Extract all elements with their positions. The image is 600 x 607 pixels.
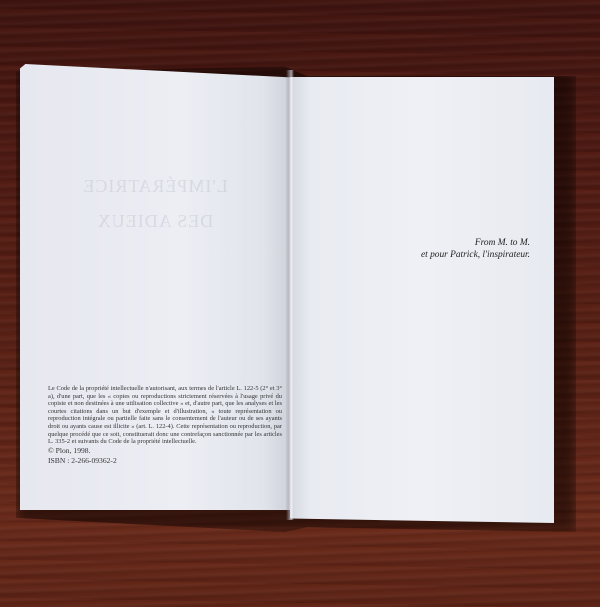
dedication-line-1: From M. to M. <box>421 237 530 249</box>
wooden-table-scene: L'IMPÉRATRICE DES ADIEUX Le Code de la p… <box>0 0 600 607</box>
bleed-through-title-line-2: DES ADIEUX <box>20 211 290 232</box>
isbn-line: ISBN : 2-266-09362-2 <box>48 456 117 466</box>
right-page: From M. to M. et pour Patrick, l'inspira… <box>290 77 554 523</box>
copyright-notice: Le Code de la propriété intellectuelle n… <box>48 385 282 446</box>
bleed-through-title-line-1: L'IMPÉRATRICE <box>20 176 290 197</box>
imprint: © Plon, 1998. ISBN : 2-266-09362-2 <box>48 446 117 466</box>
dedication-line-2: et pour Patrick, l'inspirateur. <box>421 249 530 261</box>
book-gutter <box>286 70 294 520</box>
publisher-line: © Plon, 1998. <box>48 446 117 456</box>
left-page: L'IMPÉRATRICE DES ADIEUX Le Code de la p… <box>20 64 290 510</box>
dedication: From M. to M. et pour Patrick, l'inspira… <box>421 237 530 261</box>
